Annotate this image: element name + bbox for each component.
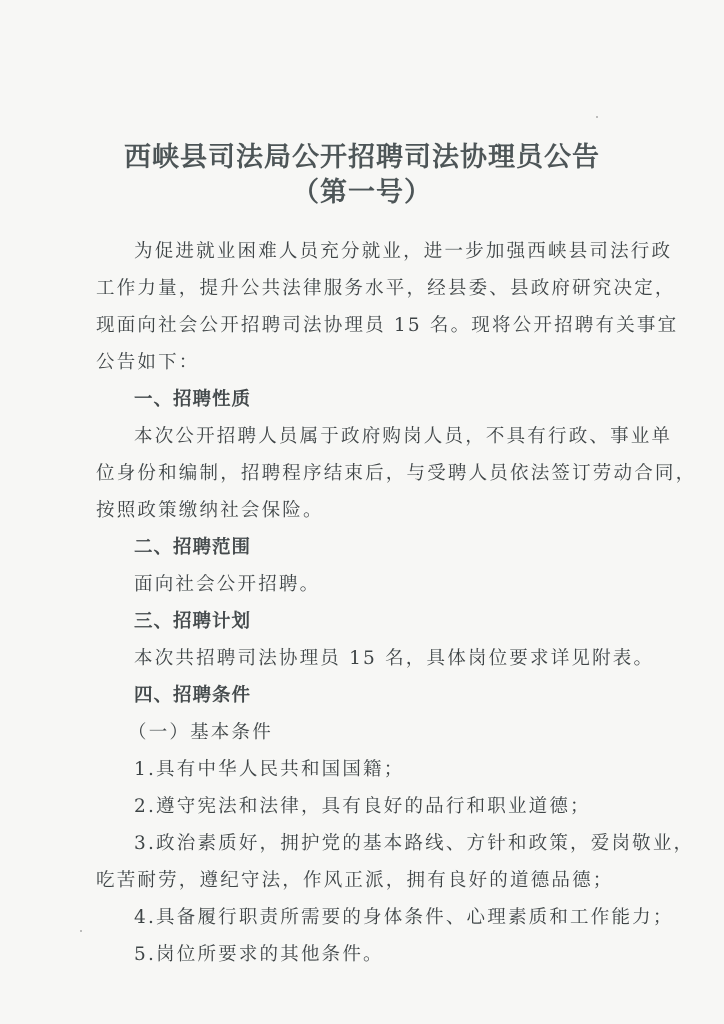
subsection-heading: （一）基本条件 (128, 721, 668, 745)
list-item: 5.岗位所要求的其他条件。 (134, 943, 674, 967)
intro-line: 为促进就业困难人员充分就业，进一步加强西峡县司法行政 (134, 240, 674, 264)
paragraph-line: 本次公开招聘人员属于政府购岗人员，不具有行政、事业单 (134, 425, 674, 449)
list-item: 4.具备履行职责所需要的身体条件、心理素质和工作能力； (134, 906, 674, 930)
intro-line: 公告如下： (96, 351, 636, 375)
scan-speck (596, 116, 598, 118)
list-item: 3.政治素质好，拥护党的基本路线、方针和政策，爱岗敬业， (134, 832, 674, 856)
intro-line: 工作力量，提升公共法律服务水平，经县委、县政府研究决定， (96, 277, 636, 301)
document-number: （第一号） (0, 170, 724, 209)
paragraph-line: 本次共招聘司法协理员 15 名，具体岗位要求详见附表。 (134, 647, 674, 671)
list-item: 吃苦耐劳，遵纪守法，作风正派，拥有良好的道德品德； (96, 869, 636, 893)
intro-line: 现面向社会公开招聘司法协理员 15 名。现将公开招聘有关事宜 (96, 314, 636, 338)
list-item: 1.具有中华人民共和国国籍； (134, 758, 674, 782)
section-heading: 二、招聘范围 (134, 536, 674, 560)
paragraph-line: 位身份和编制，招聘程序结束后，与受聘人员依法签订劳动合同， (96, 462, 636, 486)
scan-speck (80, 930, 82, 932)
document-title: 西峡县司法局公开招聘司法协理员公告 (0, 135, 724, 174)
list-item: 2.遵守宪法和法律，具有良好的品行和职业道德； (134, 795, 674, 819)
section-heading: 一、招聘性质 (134, 388, 674, 412)
section-heading: 四、招聘条件 (134, 684, 674, 708)
paragraph-line: 按照政策缴纳社会保险。 (96, 499, 636, 523)
document-page: 西峡县司法局公开招聘司法协理员公告 （第一号） 为促进就业困难人员充分就业，进一… (0, 0, 724, 1024)
paragraph-line: 面向社会公开招聘。 (134, 573, 674, 597)
section-heading: 三、招聘计划 (134, 610, 674, 634)
